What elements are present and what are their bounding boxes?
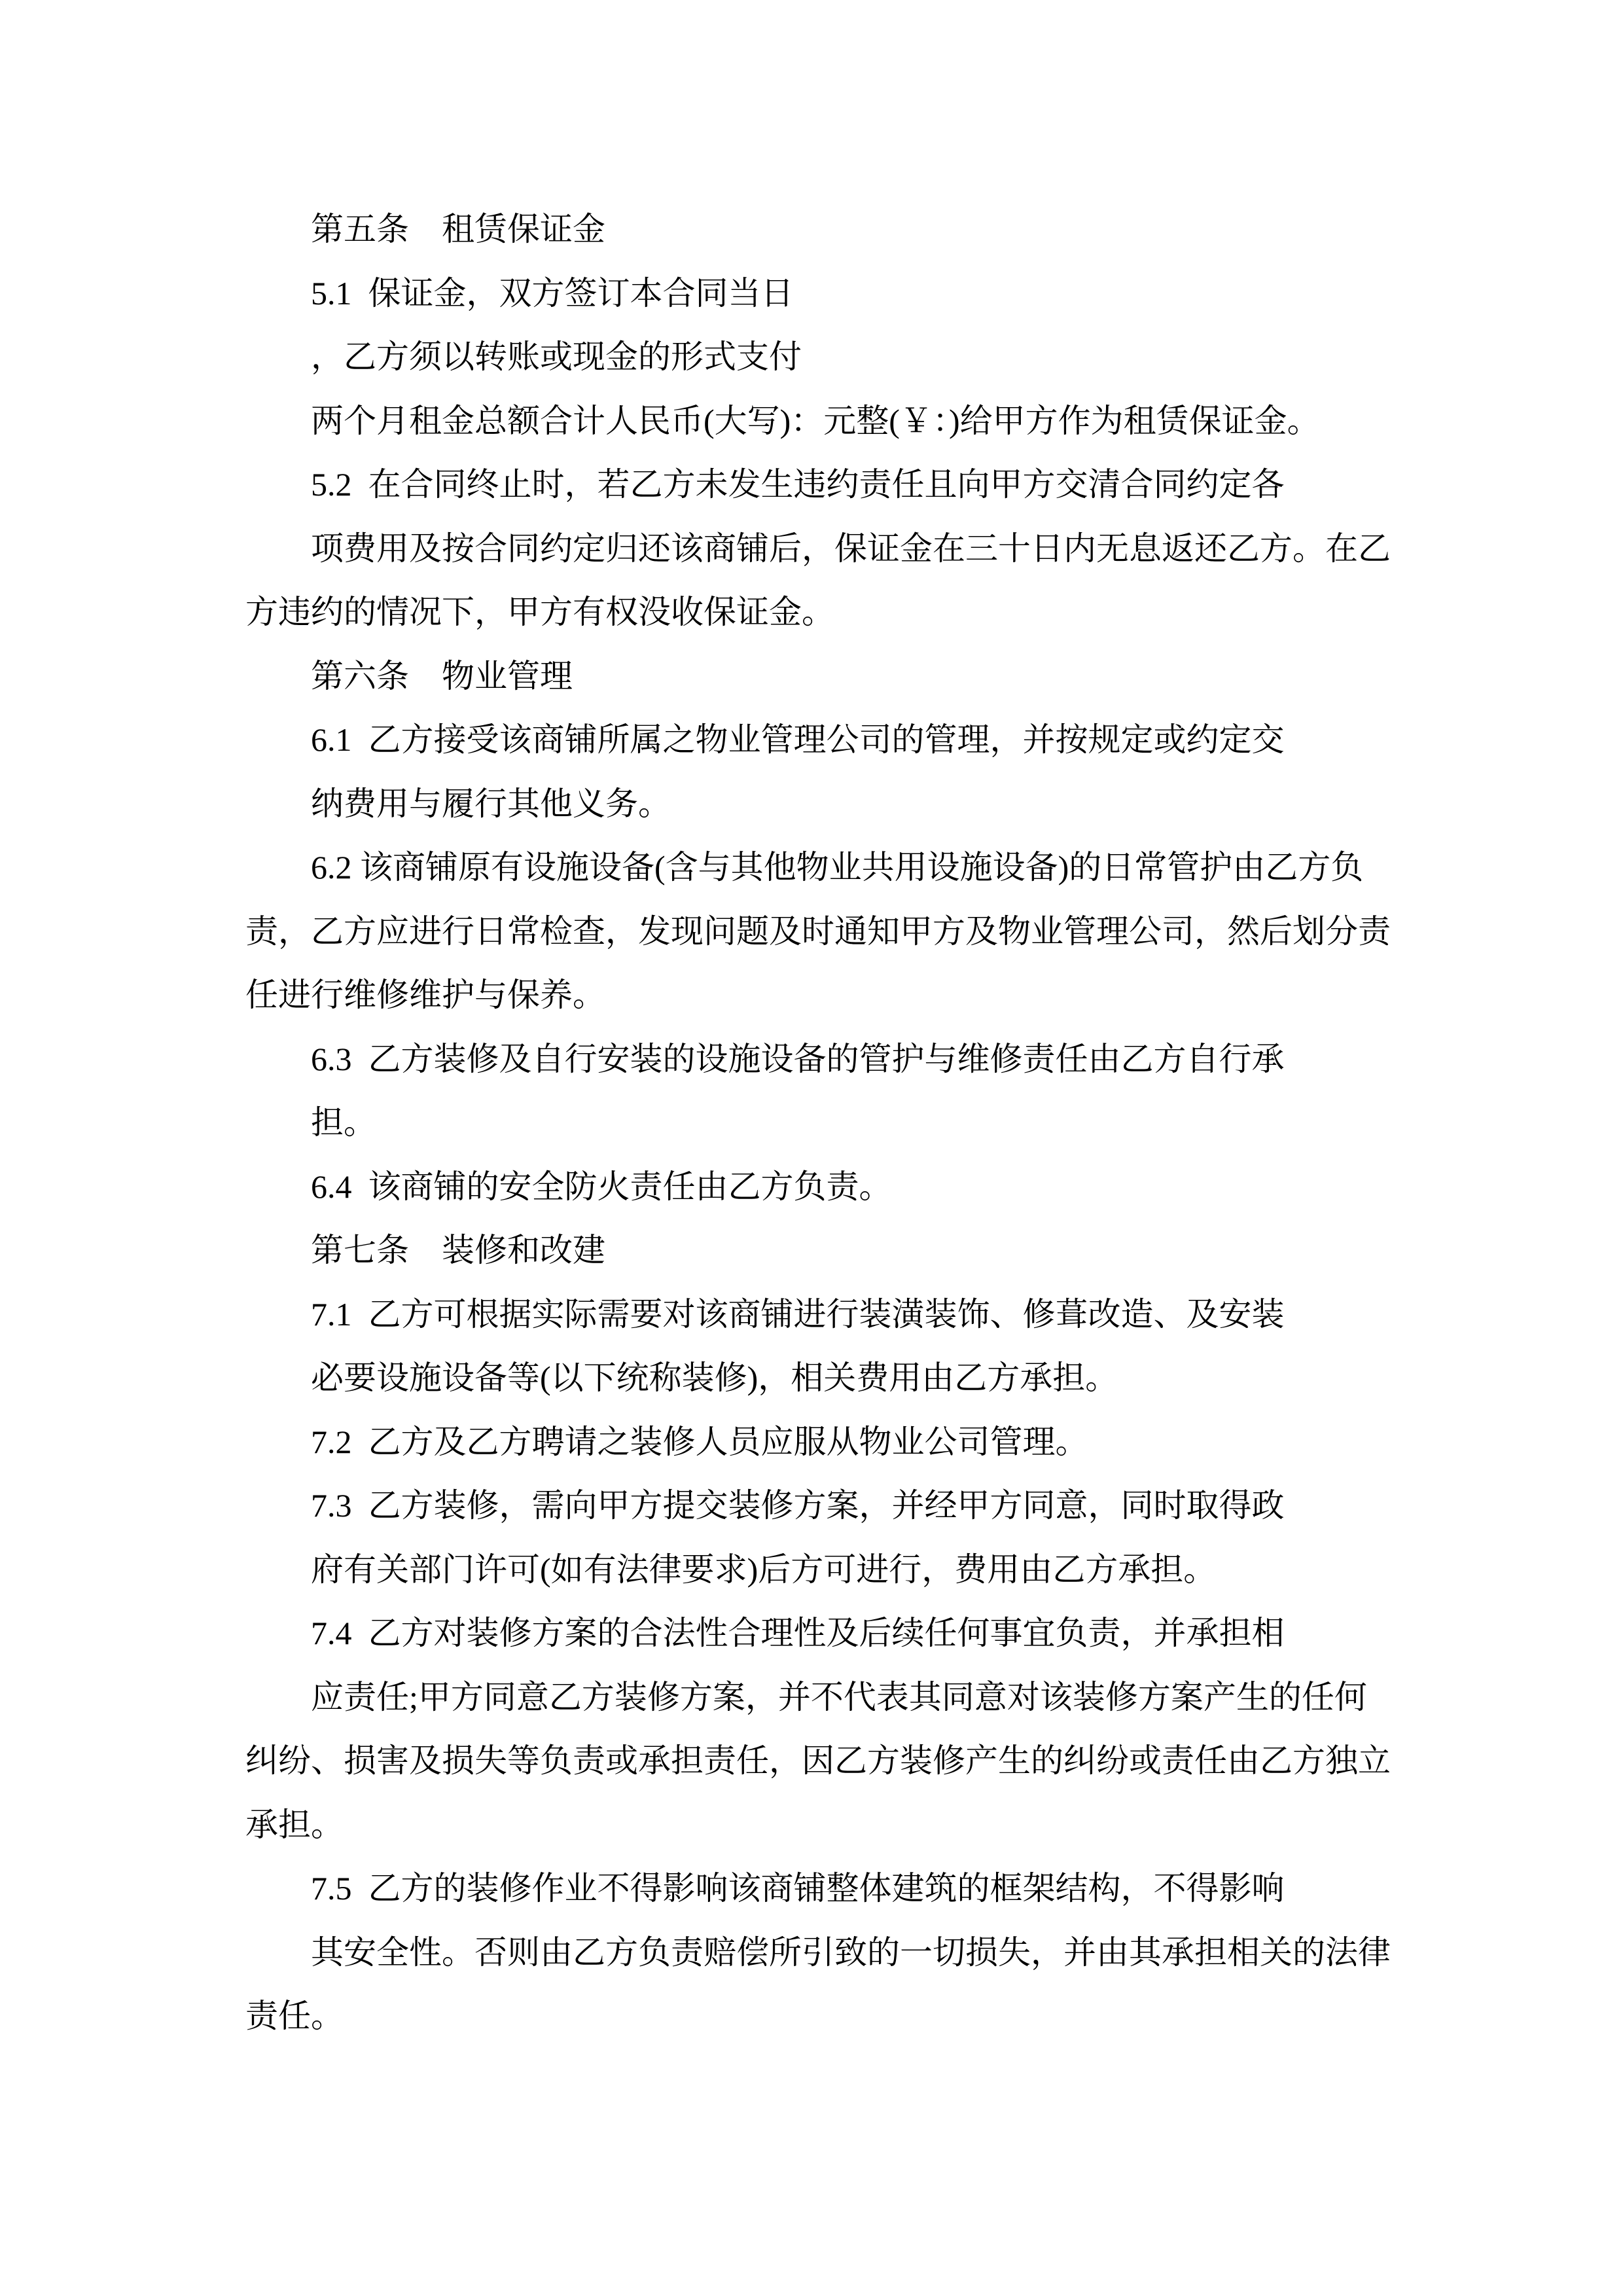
contract-text-line: 7.1 乙方可根据实际需要对该商铺进行装潢装饰、修葺改造、及安装 [245,1283,1423,1347]
contract-text-line: 两个月租金总额合计人民币(大写)：元整(￥：)给甲方作为租赁保证金。 [245,389,1423,454]
contract-text-line: 6.4 该商铺的安全防火责任由乙方负责。 [245,1155,1423,1219]
contract-text-line: 7.3 乙方装修，需向甲方提交装修方案，并经甲方同意，同时取得政 [245,1474,1423,1538]
contract-text-line: 7.5 乙方的装修作业不得影响该商铺整体建筑的框架结构，不得影响 [245,1857,1423,1921]
contract-text-line: 6.3 乙方装修及自行安装的设施设备的管护与维修责任由乙方自行承 [245,1028,1423,1092]
contract-text-line: 5.2 在合同终止时，若乙方未发生违约责任且向甲方交清合同约定各 [245,453,1423,517]
contract-text-line: 任进行维修维护与保养。 [245,963,1423,1028]
contract-text-line: 第六条 物业管理 [245,645,1423,709]
contract-text-line: 责，乙方应进行日常检查，发现问题及时通知甲方及物业管理公司，然后划分责 [245,900,1423,964]
contract-text-line: 6.2 该商铺原有设施设备(含与其他物业共用设施设备)的日常管护由乙方负 [245,836,1423,900]
contract-text-line: 5.1 保证金，双方签订本合同当日 [245,262,1423,326]
contract-text-line: 第五条 租赁保证金 [245,198,1423,262]
contract-text-line: 7.4 乙方对装修方案的合法性合理性及后续任何事宜负责，并承担相 [245,1602,1423,1666]
contract-text-line: 责任。 [245,1984,1423,2049]
contract-text-line: 担。 [245,1091,1423,1155]
contract-document-page: 第五条 租赁保证金 5.1 保证金，双方签订本合同当日 ，乙方须以转账或现金的形… [0,0,1623,2296]
contract-text-line: 其安全性。否则由乙方负责赔偿所引致的一切损失，并由其承担相关的法律 [245,1921,1423,1985]
contract-text-line: 6.1 乙方接受该商铺所属之物业管理公司的管理，并按规定或约定交 [245,708,1423,772]
contract-text-line: 方违约的情况下，甲方有权没收保证金。 [245,581,1423,645]
contract-text-line: ，乙方须以转账或现金的形式支付 [245,325,1423,389]
contract-text-line: 纳费用与履行其他义务。 [245,772,1423,836]
contract-text-line: 承担。 [245,1793,1423,1857]
contract-text-line: 纠纷、损害及损失等负责或承担责任，因乙方装修产生的纠纷或责任由乙方独立 [245,1729,1423,1793]
contract-text-line: 7.2 乙方及乙方聘请之装修人员应服从物业公司管理。 [245,1410,1423,1475]
contract-text-block: 第五条 租赁保证金 5.1 保证金，双方签订本合同当日 ，乙方须以转账或现金的形… [245,198,1423,2049]
contract-text-line: 第七条 装修和改建 [245,1219,1423,1283]
contract-text-line: 项费用及按合同约定归还该商铺后，保证金在三十日内无息返还乙方。在乙 [245,517,1423,581]
contract-text-line: 应责任;甲方同意乙方装修方案，并不代表其同意对该装修方案产生的任何 [245,1666,1423,1730]
contract-text-line: 必要设施设备等(以下统称装修)，相关费用由乙方承担。 [245,1346,1423,1410]
contract-text-line: 府有关部门许可(如有法律要求)后方可进行，费用由乙方承担。 [245,1538,1423,1602]
